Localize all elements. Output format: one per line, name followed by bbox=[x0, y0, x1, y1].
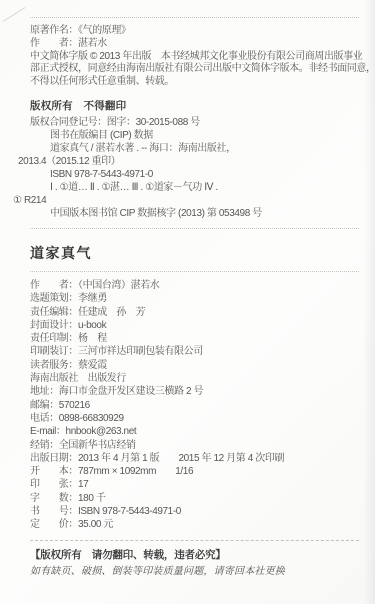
detail-line-print-supervisor: 责任印制：杨 程 bbox=[30, 332, 359, 345]
cip-divider bbox=[30, 228, 359, 229]
detail-line-format: 开 本：787mm × 1092mm 1/16 bbox=[30, 465, 359, 478]
license-line: 作 者：湛若水 bbox=[30, 38, 359, 51]
detail-line-printer: 印刷装订：三河市祥达印刷包装有限公司 bbox=[30, 345, 359, 358]
detail-line-editor: 责任编辑：任建成 孙 芳 bbox=[30, 306, 359, 319]
cip-heading: 图书在版编目 (CIP) 数据 bbox=[30, 129, 359, 142]
footer-divider bbox=[30, 540, 359, 541]
cip-registration: 版权合同登记号：图字：30-2015-088 号 bbox=[30, 116, 359, 129]
detail-line-word-count: 字 数：180 千 bbox=[30, 492, 359, 505]
detail-line-email: E-mail：hnbook@263.net bbox=[30, 425, 359, 438]
detail-line-sheets: 印 张：17 bbox=[30, 478, 359, 491]
detail-line-address: 地址：海口市金盘开发区建设三横路 2 号 bbox=[30, 385, 359, 398]
cip-block: 版权合同登记号：图字：30-2015-088 号 图书在版编目 (CIP) 数据… bbox=[30, 116, 359, 220]
publication-details: 作 者：（中国台湾）湛若水 选题策划：李继勇 责任编辑：任建成 孙 芳 封面设计… bbox=[30, 279, 359, 532]
cip-subject-line: Ⅰ . ①道… Ⅱ . ①湛… Ⅲ . ①道家－气功 Ⅳ . bbox=[30, 181, 359, 194]
cip-record-number: 中国版本图书馆 CIP 数据核字 (2013) 第 053498 号 bbox=[30, 207, 359, 220]
license-line: 原著作名：《气的原理》 bbox=[30, 25, 359, 38]
detail-line-publish-date: 出版日期：2013 年 4 月第 1 版 2015 年 12 月第 4 次印刷 bbox=[30, 452, 359, 465]
license-line: 不得以任何形式任意重制、转载。 bbox=[30, 76, 359, 89]
title-divider bbox=[30, 271, 359, 272]
detail-line-phone: 电话：0898-66830929 bbox=[30, 412, 359, 425]
detail-line-reader-service: 读者服务：蔡爱霞 bbox=[30, 359, 359, 372]
page-content: 原著作名：《气的原理》 作 者：湛若水 中文简体字版 © 2013 年出版 本书… bbox=[0, 0, 375, 579]
detail-line-distribution: 经销：全国新华书店经销 bbox=[30, 439, 359, 452]
license-line: 部正式授权，同意经由海南出版社有限公司出版中文简体字版本。非经书面同意， bbox=[30, 63, 359, 76]
cip-subject-line: ① R214 bbox=[13, 194, 359, 207]
detail-line-price: 定 价：35.00 元 bbox=[30, 518, 359, 531]
license-line: 中文简体字版 © 2013 年出版 本书经城邦文化事业股份有限公司商周出版事业 bbox=[30, 51, 359, 64]
detail-line-cover-design: 封面设计：u-book bbox=[30, 319, 359, 332]
copyright-warning: 【版权所有 请勿翻印、转载，违者必究】 bbox=[30, 548, 359, 562]
cip-isbn: ISBN 978-7-5443-4971-0 bbox=[30, 168, 359, 181]
book-title: 道家真气 bbox=[30, 243, 359, 263]
detail-line-publisher: 海南出版社 出版发行 bbox=[30, 372, 359, 385]
cip-entry-line: 道家真气 / 湛若水著 . -- 海口：海南出版社， bbox=[30, 142, 359, 155]
cip-entry-line: 2013.4（2015.12 重印） bbox=[18, 155, 359, 168]
rights-reserved-line: 版权所有 不得翻印 bbox=[30, 98, 359, 113]
top-divider bbox=[30, 17, 359, 18]
license-paragraph: 原著作名：《气的原理》 作 者：湛若水 中文简体字版 © 2013 年出版 本书… bbox=[30, 25, 359, 89]
detail-line-author: 作 者：（中国台湾）湛若水 bbox=[30, 279, 359, 292]
detail-line-planner: 选题策划：李继勇 bbox=[30, 292, 359, 305]
copyright-page: 原著作名：《气的原理》 作 者：湛若水 中文简体字版 © 2013 年出版 本书… bbox=[0, 0, 375, 604]
detail-line-isbn: 书 号：ISBN 978-7-5443-4971-0 bbox=[30, 505, 359, 518]
quality-note: 如有缺页、破损、倒装等印装质量问题，请寄回本社更换 bbox=[30, 565, 359, 579]
detail-line-postcode: 邮编：570216 bbox=[30, 399, 359, 412]
